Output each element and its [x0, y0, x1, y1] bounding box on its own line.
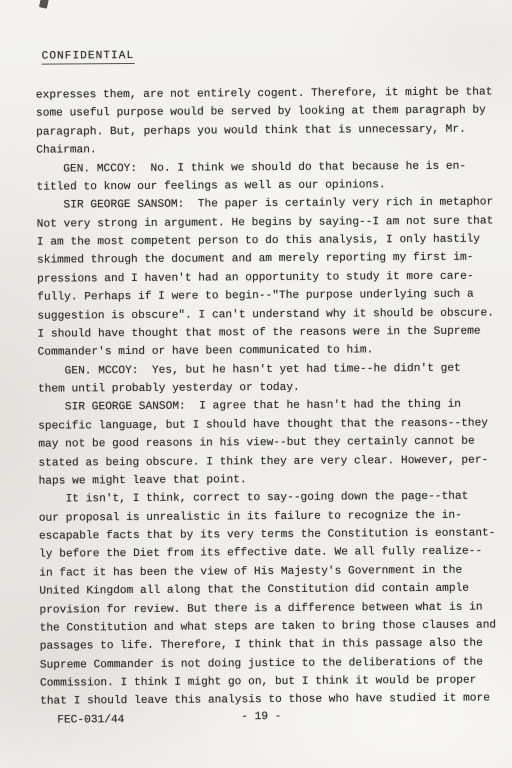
transcript-line: I should have thought that most of the r… [37, 322, 509, 344]
document-reference: FEC-031/44 [57, 714, 124, 726]
transcript-line: that I should leave this analysis to tho… [40, 690, 512, 712]
transcript-line: paragraph. But, perhaps you would think … [36, 120, 508, 142]
document-page: CONFIDENTIAL expresses them, are not ent… [0, 0, 512, 768]
classification-stamp: CONFIDENTIAL [42, 50, 135, 65]
document-content: CONFIDENTIAL expresses them, are not ent… [36, 47, 512, 750]
transcript-line: GEN. MCCOY: No. I think we should do tha… [36, 157, 508, 179]
staple-mark [39, 0, 49, 9]
transcript-line: GEN. MCCOY: Yes, but he hasn't yet had t… [38, 359, 510, 381]
transcript-body: expresses them, are not entirely cogent.… [36, 83, 512, 711]
page-number: - 19 - [241, 711, 281, 723]
page-footer: FEC-031/44 - 19 - [40, 711, 512, 732]
transcript-line: stated as being obscure. I think they ar… [38, 451, 510, 473]
